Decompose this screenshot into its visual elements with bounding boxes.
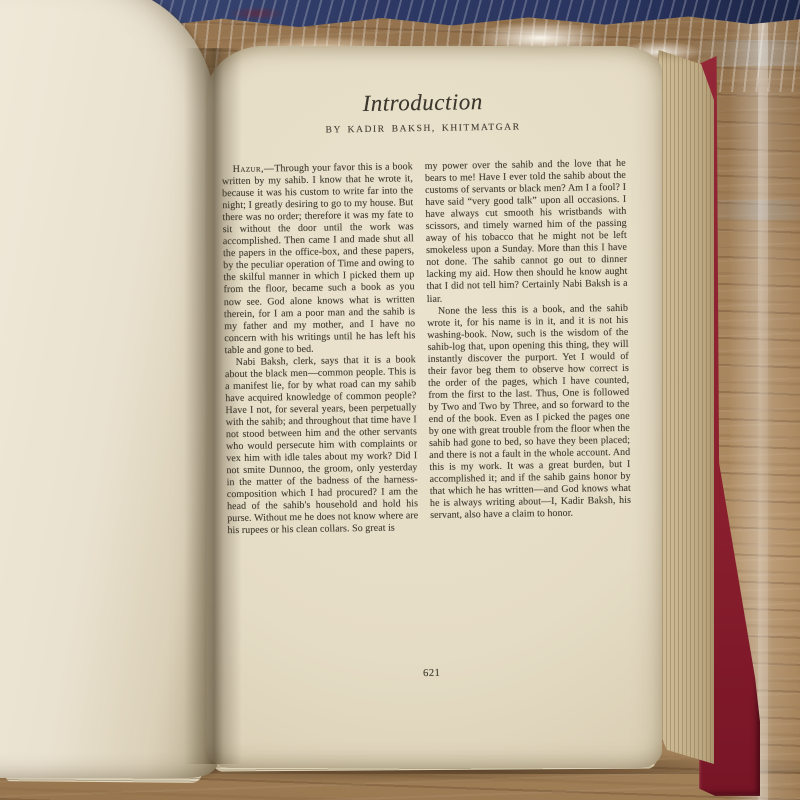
paragraph-3: my power over the sahib and the love tha…: [425, 158, 628, 306]
byline: BY KADIR BAKSH, KHITMATGAR: [221, 120, 625, 138]
text-columns: Hazur,—Through your favor this is a book…: [222, 158, 632, 538]
page-title: Introduction: [221, 87, 625, 119]
paragraph-lead-word: Hazur,—: [233, 163, 275, 175]
right-column: my power over the sahib and the love tha…: [425, 158, 632, 535]
paragraph-2: Nabi Baksh, clerk, says that it is a boo…: [225, 354, 419, 538]
right-page: Introduction BY KADIR BAKSH, KHITMATGAR …: [206, 46, 662, 768]
printed-page-content: Introduction BY KADIR BAKSH, KHITMATGAR …: [221, 87, 632, 538]
book-photo: Introduction BY KADIR BAKSH, KHITMATGAR …: [0, 0, 800, 800]
left-page-blank: [0, 0, 218, 778]
paragraph-1: Hazur,—Through your favor this is a book…: [222, 161, 416, 357]
page-number: 621: [230, 665, 634, 682]
paragraph-4: None the less this is a book, and the sa…: [427, 302, 631, 522]
paragraph-1-text: Through your favor this is a book writte…: [222, 161, 416, 356]
left-column: Hazur,—Through your favor this is a book…: [222, 161, 419, 537]
